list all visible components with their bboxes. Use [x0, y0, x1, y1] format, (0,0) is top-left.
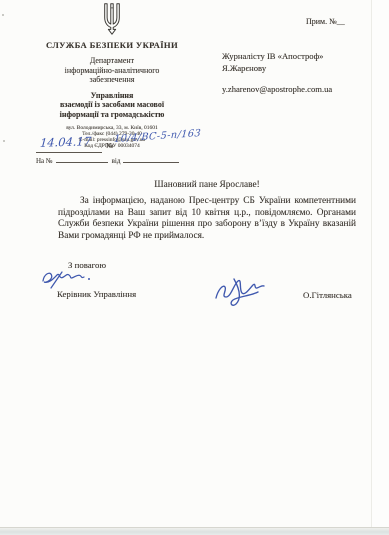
scanned-letter-page: СЛУЖБА БЕЗПЕКИ УКРАЇНИ Департамент інфор… — [0, 0, 389, 535]
scan-speck — [3, 140, 5, 142]
scan-edge-right-line — [371, 0, 372, 535]
division-line: взаємодії із засобами масової — [26, 100, 198, 110]
signer-name: О.Гітлянська — [303, 290, 352, 300]
org-name: СЛУЖБА БЕЗПЕКИ УКРАЇНИ — [26, 40, 198, 50]
division-line: інформації та громадськістю — [26, 110, 198, 120]
recipient-email: y.zharenov@apostrophe.com.ua — [222, 83, 332, 95]
department-line: інформаційно-аналітичного — [26, 66, 198, 76]
scan-edge-right-area — [372, 0, 389, 535]
handwritten-date: 14.04.17 — [40, 134, 92, 150]
date-blank-line — [36, 152, 102, 153]
signer-title: Керівник Управління — [57, 289, 136, 299]
reply-label: На № — [36, 157, 53, 165]
recipient-block: Журналісту ІВ «Апостроф» Я.Жарєнову y.zh… — [222, 50, 332, 95]
department-line: забезпечення — [26, 75, 198, 85]
scan-edge-bottom — [0, 527, 389, 535]
reply-date-blank — [123, 155, 179, 163]
reply-from-label: від — [112, 157, 121, 165]
ukraine-trident-emblem — [99, 2, 125, 38]
division-name: Управління взаємодії із засобами масової… — [26, 91, 198, 120]
scan-speck — [2, 14, 4, 16]
department-name: Департамент інформаційно-аналітичного за… — [26, 56, 198, 85]
signature-handwriting — [212, 276, 266, 308]
number-sign: № — [106, 141, 113, 150]
salutation: Шановний пане Ярославе! — [58, 180, 356, 190]
copy-number-label: Прим. №__ — [306, 17, 345, 26]
letterhead: СЛУЖБА БЕЗПЕКИ УКРАЇНИ Департамент інфор… — [26, 2, 198, 150]
reply-reference-line: На №від — [36, 155, 179, 165]
recipient-line-name: Я.Жарєнову — [222, 62, 332, 74]
department-line: Департамент — [26, 56, 198, 66]
reply-number-blank — [56, 155, 108, 163]
division-line: Управління — [26, 91, 198, 101]
body-paragraph: За інформацією, наданою Прес-центру СБ У… — [58, 196, 356, 243]
recipient-line-role: Журналісту ІВ «Апостроф» — [222, 50, 332, 62]
